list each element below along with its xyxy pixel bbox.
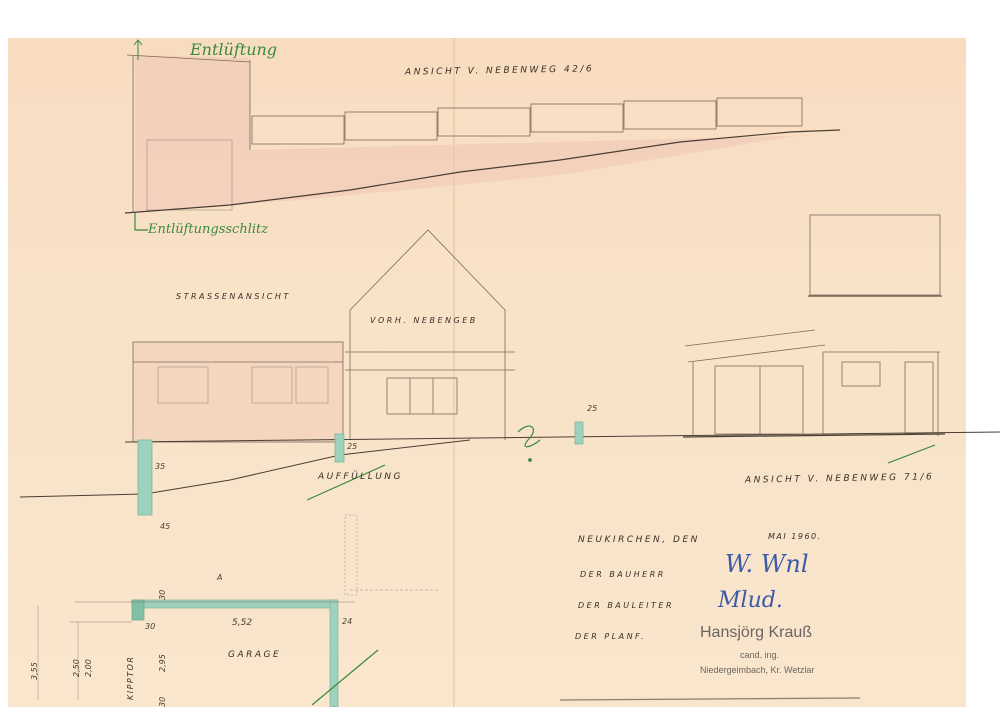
vent-annotation: Entlüftung	[190, 40, 277, 59]
dim-top-wall: 30	[158, 590, 167, 600]
dim-25-left: 25	[347, 442, 357, 451]
dim-door-height: 2,95	[158, 654, 167, 672]
dim-left-c: 3,55	[30, 662, 39, 680]
site-manager-label: DER BAULEITER	[578, 601, 674, 610]
dim-35: 35	[155, 462, 165, 471]
sheet-bottom-line	[560, 698, 860, 700]
door-type-label: KIPPTOR	[126, 656, 135, 701]
street-elevation-title: STRASSENANSICHT	[176, 292, 291, 301]
existing-building-label: VORH. NEBENGEB	[370, 316, 478, 325]
architectural-drawing	[0, 0, 1000, 707]
dim-25-right: 25	[587, 404, 597, 413]
dim-left-b: 2,00	[84, 659, 93, 677]
client-label: DER BAUHERR	[580, 570, 666, 579]
dim-width: 5,52	[232, 618, 252, 628]
top-elevation-drawing	[125, 55, 840, 213]
site-manager-signature: Mlud.	[718, 588, 783, 613]
planner-label: DER PLANF.	[575, 632, 646, 641]
plan-marker-a: A	[217, 573, 222, 582]
date-value: MAI 1960.	[768, 532, 822, 541]
dim-left-a: 2,50	[72, 659, 81, 677]
fill-label: AUFFÜLLUNG	[318, 472, 403, 482]
side-elevation-drawing	[683, 215, 945, 437]
planner-stamp-location: Niedergeimbach, Kr. Wetzlar	[700, 665, 814, 675]
garage-floor-plan	[38, 515, 440, 707]
client-signature: W. Wnl	[725, 550, 809, 578]
street-elevation-drawing	[20, 230, 1000, 515]
planner-stamp-name: Hansjörg Krauß	[700, 624, 812, 642]
green-ink-marks	[135, 213, 935, 705]
place-date-label: NEUKIRCHEN, DEN	[578, 535, 700, 545]
dim-left-offset: 30	[145, 622, 155, 631]
dim-45: 45	[160, 522, 170, 531]
vent-slot-annotation: Entlüftungsschlitz	[148, 222, 268, 237]
garage-room-label: GARAGE	[228, 650, 281, 660]
dim-bottom-wall: 30	[158, 697, 167, 707]
dim-right-wall: 24	[342, 617, 352, 626]
planner-stamp-title: cand. ing.	[740, 650, 779, 660]
